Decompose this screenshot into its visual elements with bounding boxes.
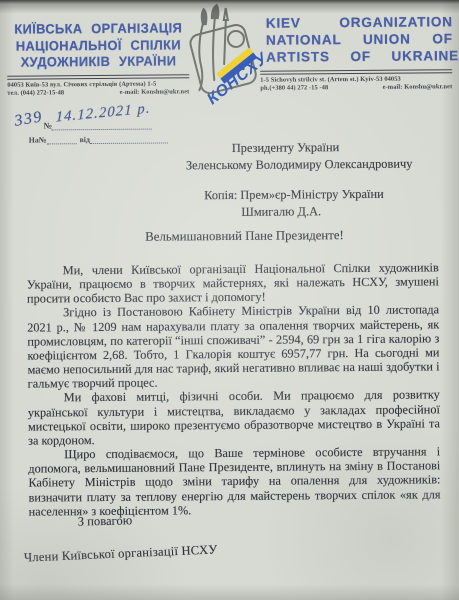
from-dotted-line <box>90 134 168 144</box>
org-title-ua-line2: НАЦІОНАЛЬНОЇ СПІЛКИ <box>12 37 185 55</box>
reply-dotted-line <box>47 135 77 144</box>
recipient-title: Президенту України <box>186 138 440 156</box>
paragraph-3: Ми фахові митці, фізичні особи. Ми працю… <box>28 388 440 448</box>
copy-recipient-title: Копія: Прем»єр-Міністру України <box>186 185 440 203</box>
reply-reference-line: На№ від <box>29 134 168 144</box>
recipient-block: Президенту України Зеленському Володимир… <box>186 138 441 220</box>
salutation: Вельмишановний Пане Президенте! <box>29 227 459 245</box>
recipient-name: Зеленському Володимиру Олександровичу <box>186 155 440 173</box>
address-ua-phone: тел. (044) 272-15-48 <box>7 89 64 97</box>
outgoing-number-handwritten: 339 <box>13 108 44 130</box>
palette-brushes-icon: КОНСХУ <box>180 2 267 111</box>
org-title-en-line1: KIEV ORGANIZATION <box>266 13 450 31</box>
reply-to-label: На№ <box>29 135 47 144</box>
org-title-english: KIEV ORGANIZATION NATIONAL UNION OF ARTI… <box>266 13 450 65</box>
paragraph-4: Щиро сподіваємося, що Ваше термінове осо… <box>28 444 441 518</box>
org-address-ukrainian: 04053 Київ-53 вул. Січових стрільців (Ар… <box>7 74 189 97</box>
org-title-en-line2: NATIONAL UNION OF <box>266 30 450 48</box>
paragraph-2: Згідно із Постановою Кабінету Міністрів … <box>27 303 440 391</box>
signature-line: Члени Київської організації НСХУ <box>24 542 218 565</box>
closing-phrase: З повагою <box>78 513 133 529</box>
org-address-english: 1-5 Sichovyh strilciv st. (Artem st.) Ky… <box>260 69 452 93</box>
letter-content: КИЇВСЬКА ОРГАНІЗАЦІЯ НАЦІОНАЛЬНОЇ СПІЛКИ… <box>0 0 459 600</box>
org-title-ukrainian: КИЇВСЬКА ОРГАНІЗАЦІЯ НАЦІОНАЛЬНОЇ СПІЛКИ… <box>12 20 185 71</box>
from-label: від <box>80 135 90 144</box>
scanned-letter-page: КИЇВСЬКА ОРГАНІЗАЦІЯ НАЦІОНАЛЬНОЇ СПІЛКИ… <box>0 0 459 600</box>
copy-recipient-name: Шмигалю Д.А. <box>186 202 440 220</box>
org-title-ua-line1: КИЇВСЬКА ОРГАНІЗАЦІЯ <box>12 20 185 38</box>
paragraph-1: Ми, члени Київської організації Націонал… <box>27 260 439 306</box>
org-title-ua-line3: ХУДОЖНИКІВ УКРАЇНИ <box>12 54 185 72</box>
org-title-en-line3: ARTISTS OF UKRAINE <box>266 47 450 65</box>
letter-body: Ми, члени Київської організації Націонал… <box>27 260 441 518</box>
konshu-logo: КОНСХУ <box>180 2 267 111</box>
address-ua-email: e-mail: Konshu@ukr.net <box>120 88 190 97</box>
address-en-phone: ph.(+380 44) 272 -15 -48 <box>260 84 328 93</box>
address-en-email: e-mail: Konshu@ukr.net <box>383 83 453 92</box>
